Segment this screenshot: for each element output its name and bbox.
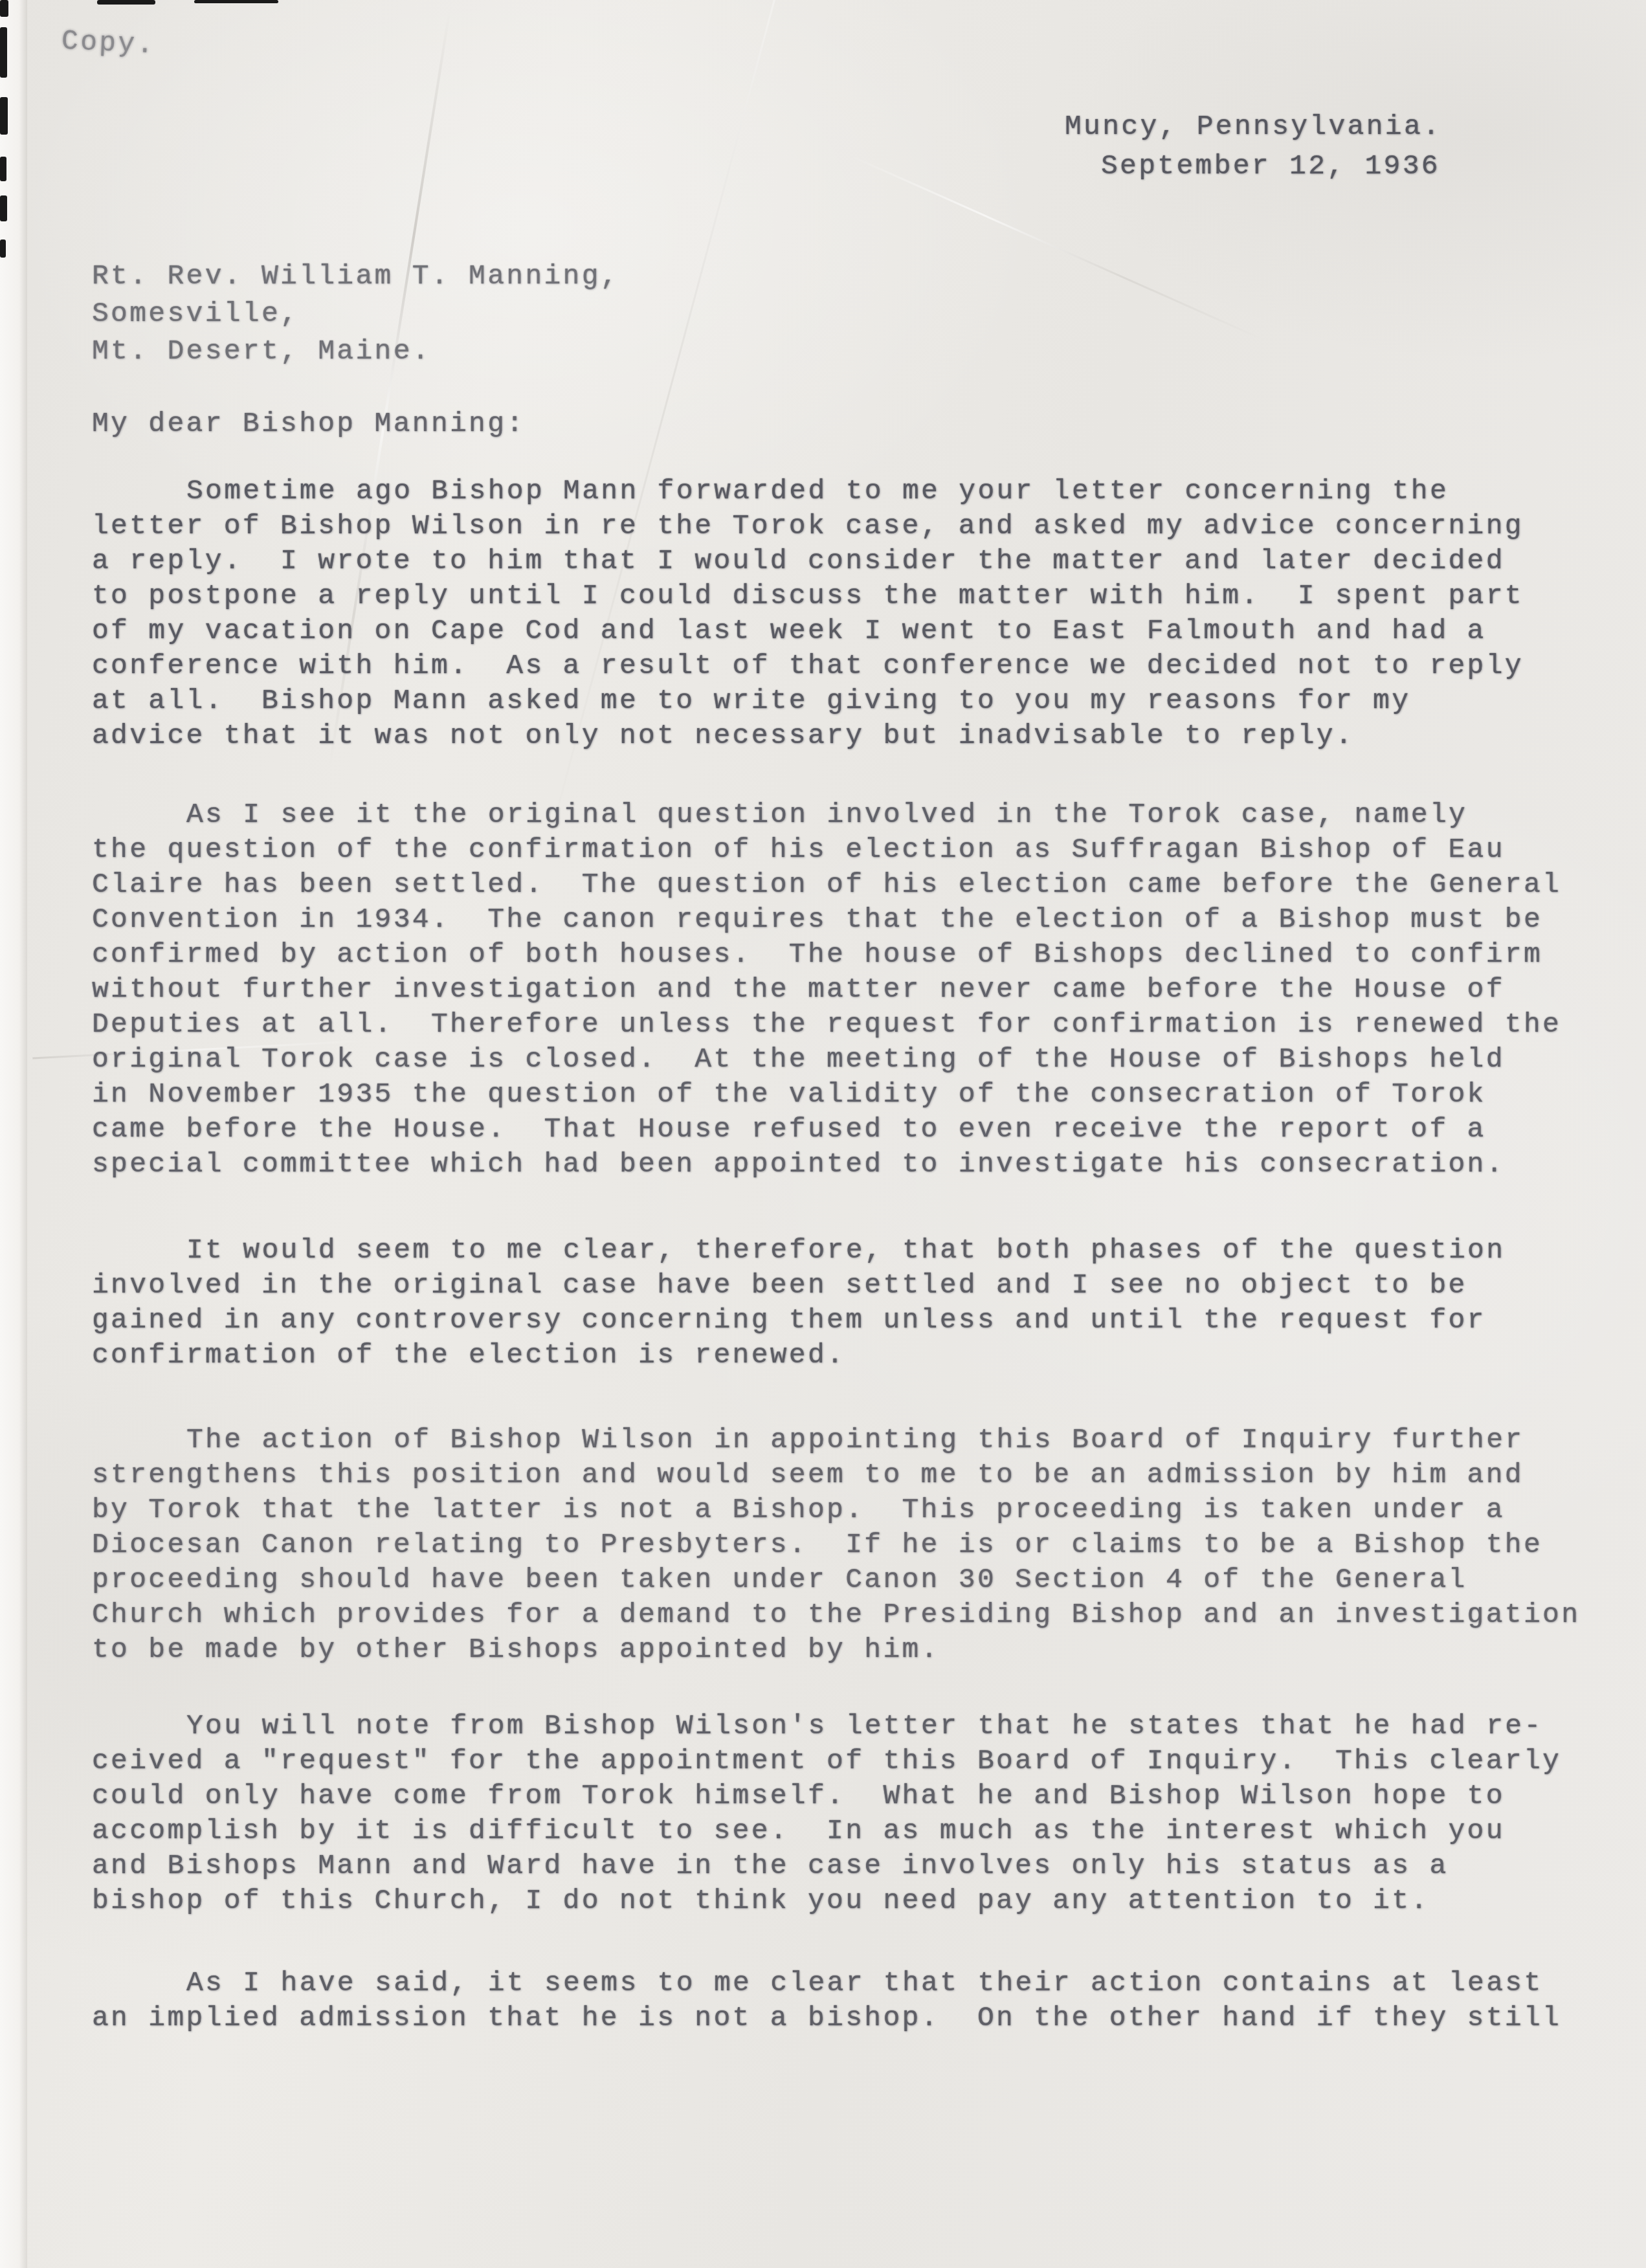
text-line: conference with him. As a result of that… xyxy=(92,649,1524,684)
dateline: Muncy, Pennsylvania. September 12, 1936 xyxy=(1065,107,1441,186)
text-line: ceived a "request" for the appointment o… xyxy=(92,1744,1561,1779)
text-line: It would seem to me clear, therefore, th… xyxy=(92,1233,1505,1268)
text-line: Convention in 1934. The canon requires t… xyxy=(92,902,1561,937)
text-line: in November 1935 the question of the val… xyxy=(92,1077,1561,1112)
text-line: Sometime ago Bishop Mann forwarded to me… xyxy=(92,474,1524,509)
text-line: the question of the confirmation of his … xyxy=(92,832,1561,867)
text-line: Diocesan Canon relating to Presbyters. I… xyxy=(92,1528,1580,1562)
text-line: You will note from Bishop Wilson's lette… xyxy=(92,1709,1561,1744)
text-line: to be made by other Bishops appointed by… xyxy=(92,1632,1580,1667)
paragraph-1: Sometime ago Bishop Mann forwarded to me… xyxy=(92,474,1524,753)
text-line: involved in the original case have been … xyxy=(92,1268,1505,1303)
recipient-address: Rt. Rev. William T. Manning,Somesville,M… xyxy=(92,258,619,370)
paragraph-4: The action of Bishop Wilson in appointin… xyxy=(92,1423,1580,1667)
paragraph-3: It would seem to me clear, therefore, th… xyxy=(92,1233,1505,1373)
text-line: without further investigation and the ma… xyxy=(92,972,1561,1007)
text-line: Claire has been settled. The question of… xyxy=(92,867,1561,902)
text-line: letter of Bishop Wilson in re the Torok … xyxy=(92,509,1524,544)
text-line: Somesville, xyxy=(92,295,619,333)
text-line: a reply. I wrote to him that I would con… xyxy=(92,544,1524,579)
text-line: gained in any controversy concerning the… xyxy=(92,1303,1505,1338)
text-line: original Torok case is closed. At the me… xyxy=(92,1042,1561,1077)
text-line: Rt. Rev. William T. Manning, xyxy=(92,258,619,295)
text-line: and Bishops Mann and Ward have in the ca… xyxy=(92,1849,1561,1884)
text-line: As I have said, it seems to me clear tha… xyxy=(92,1966,1561,2001)
text-line: to postpone a reply until I could discus… xyxy=(92,579,1524,614)
typed-text-layer: Copy. Muncy, Pennsylvania. September 12,… xyxy=(0,0,1646,2268)
paragraph-5: You will note from Bishop Wilson's lette… xyxy=(92,1709,1561,1918)
text-line: confirmed by action of both houses. The … xyxy=(92,937,1561,972)
dateline-place: Muncy, Pennsylvania. xyxy=(1065,107,1441,146)
text-line: an implied admission that he is not a bi… xyxy=(92,2001,1561,2036)
text-line: advice that it was not only not necessar… xyxy=(92,718,1524,753)
text-line: confirmation of the election is renewed. xyxy=(92,1338,1505,1373)
text-line: could only have come from Torok himself.… xyxy=(92,1779,1561,1814)
scanned-letter-page: Copy. Muncy, Pennsylvania. September 12,… xyxy=(0,0,1646,2268)
text-line: accomplish by it is difficult to see. In… xyxy=(92,1814,1561,1849)
text-line: Church which provides for a demand to th… xyxy=(92,1597,1580,1632)
text-line: came before the House. That House refuse… xyxy=(92,1112,1561,1147)
text-line: special committee which had been appoint… xyxy=(92,1147,1561,1182)
text-line: The action of Bishop Wilson in appointin… xyxy=(92,1423,1580,1458)
copy-label: Copy. xyxy=(61,25,157,61)
salutation: My dear Bishop Manning: xyxy=(92,408,525,439)
text-line: of my vacation on Cape Cod and last week… xyxy=(92,614,1524,649)
text-line: Deputies at all. Therefore unless the re… xyxy=(92,1007,1561,1042)
text-line: by Torok that the latter is not a Bishop… xyxy=(92,1493,1580,1528)
paragraph-6: As I have said, it seems to me clear tha… xyxy=(92,1966,1561,2036)
text-line: at all. Bishop Mann asked me to write gi… xyxy=(92,684,1524,718)
text-line: Mt. Desert, Maine. xyxy=(92,333,619,370)
text-line: proceeding should have been taken under … xyxy=(92,1562,1580,1597)
dateline-date: September 12, 1936 xyxy=(1065,146,1441,186)
text-line: strengthens this position and would seem… xyxy=(92,1458,1580,1493)
text-line: As I see it the original question involv… xyxy=(92,797,1561,832)
text-line: bishop of this Church, I do not think yo… xyxy=(92,1884,1561,1918)
paragraph-2: As I see it the original question involv… xyxy=(92,797,1561,1182)
